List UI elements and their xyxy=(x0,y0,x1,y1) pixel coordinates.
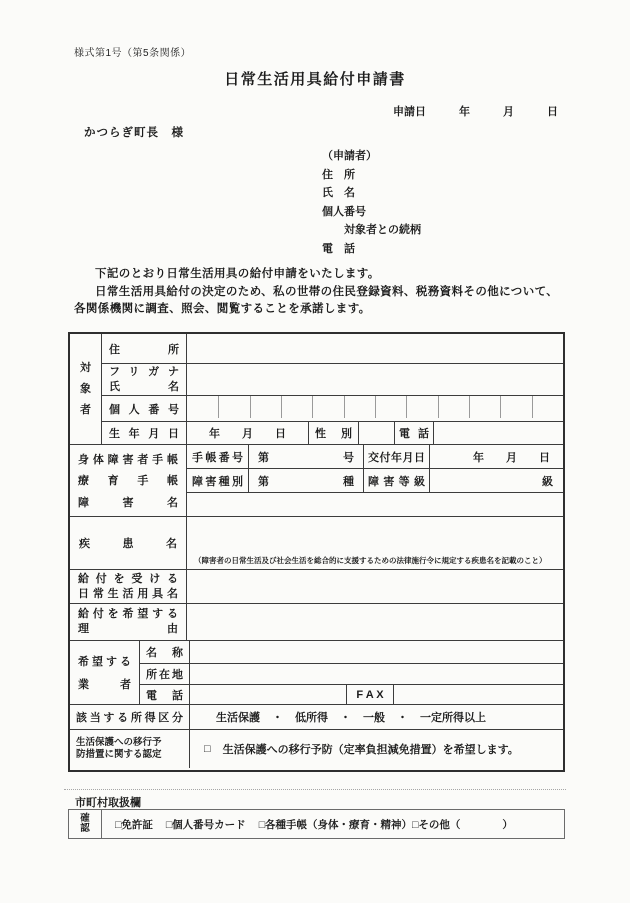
table-row: 生年月日 年 月 日 性 別 電話 xyxy=(102,422,563,444)
income-option-ippan[interactable]: 一般 xyxy=(363,709,385,725)
handbook-group-label-line2: 療育手帳 xyxy=(78,472,178,488)
handbook-group-label: 身体障害者手帳 療育手帳 障 害 名 xyxy=(70,445,187,516)
disease-section: 疾 患 名 （障害者の日常生活及び社会生活を総合的に支援するための法律施行令に規… xyxy=(70,517,563,570)
confirm-checkbox-list: □免許証 □個人番号カード □各種手帳（身体・療育・精神） □その他（ ） xyxy=(102,810,564,838)
subject-individual-number-label: 個人番号 xyxy=(102,396,187,421)
handbook-grade-value[interactable]: 級 xyxy=(430,469,563,492)
individual-number-digit-cell[interactable] xyxy=(375,396,406,421)
individual-number-digit-cell[interactable] xyxy=(218,396,249,421)
section-divider xyxy=(64,789,566,790)
individual-number-digit-cell[interactable] xyxy=(500,396,531,421)
income-option-seikatsuhogo[interactable]: 生活保護 xyxy=(216,709,260,725)
welfare-value: □ 生活保護への移行予防（定率負担減免措置）を希望します。 xyxy=(190,730,563,768)
vendor-fax-label: F A X xyxy=(347,685,394,704)
subject-address-value[interactable] xyxy=(187,334,563,363)
reason-label-line2: 理 由 xyxy=(78,622,178,637)
handbook-number-value[interactable]: 第 号 xyxy=(249,445,364,468)
income-option-itteishotoku[interactable]: 一定所得以上 xyxy=(420,709,486,725)
income-options: 生活保護 ・ 低所得 ・ 一般 ・ 一定所得以上 xyxy=(190,705,563,729)
vendor-phone-label: 電 話 xyxy=(140,685,190,704)
income-option-separator: ・ xyxy=(397,709,408,725)
vendor-group-label-line1: 希望する xyxy=(78,653,131,669)
application-table: 対 象 者 住 所 フリガナ 氏 名 個人番号 xyxy=(68,332,565,772)
confirm-label: 確 認 xyxy=(69,810,102,838)
subject-phone-label-text: 電話 xyxy=(399,425,429,441)
subject-sex-value[interactable] xyxy=(359,422,395,444)
table-row: 障害種別 第 種 障害等級 級 xyxy=(187,469,563,493)
vendor-name-label-text: 名 称 xyxy=(146,644,183,660)
subject-address-label: 住 所 xyxy=(102,334,187,363)
subject-individual-number-label-text: 個人番号 xyxy=(109,401,179,417)
vendor-name-label: 名 称 xyxy=(140,641,190,663)
welfare-checkbox[interactable]: □ xyxy=(204,743,211,755)
handbook-type-prefix: 第 xyxy=(258,473,269,489)
subject-furigana-name-value[interactable] xyxy=(187,364,563,395)
table-row: 名 称 xyxy=(140,641,563,664)
handbook-number-suffix: 号 xyxy=(343,449,354,465)
welfare-label: 生活保護への移行予 防措置に関する認定 xyxy=(70,730,190,768)
applicant-heading: （申請者） xyxy=(322,147,421,166)
subject-birthdate-label: 生年月日 xyxy=(102,422,187,444)
equipment-label-line1: 給付を受ける xyxy=(78,572,178,587)
subject-furigana-label-text: フリガナ xyxy=(109,365,179,380)
applicant-phone-label[interactable]: 電 話 xyxy=(322,240,421,259)
checkbox-other[interactable]: □その他（ ） xyxy=(412,817,513,832)
vendor-location-label: 所在地 xyxy=(140,664,190,684)
handbook-issue-date-value[interactable]: 年 月 日 xyxy=(430,445,563,468)
table-row: 電 話 F A X xyxy=(140,685,563,704)
handbook-group-label-line1: 身体障害者手帳 xyxy=(78,451,178,467)
handbook-issue-date-label: 交付年月日 xyxy=(364,445,430,468)
handbook-number-prefix: 第 xyxy=(258,449,269,465)
applicant-name-label[interactable]: 氏 名 xyxy=(322,184,421,203)
individual-number-digit-cell[interactable] xyxy=(187,396,218,421)
welfare-section: 生活保護への移行予 防措置に関する認定 □ 生活保護への移行予防（定率負担減免措… xyxy=(70,730,563,768)
table-row: 個人番号 xyxy=(102,396,563,422)
disease-name-label-text: 疾 患 名 xyxy=(79,535,177,551)
welfare-text: 生活保護への移行予防（定率負担減免措置）を希望します。 xyxy=(223,741,519,757)
checkbox-handbooks[interactable]: □各種手帳（身体・療育・精神） xyxy=(259,817,412,832)
individual-number-digit-cell[interactable] xyxy=(312,396,343,421)
vendor-fax-value[interactable] xyxy=(394,685,563,704)
income-option-separator: ・ xyxy=(272,709,283,725)
handbook-number-label: 手帳番号 xyxy=(187,445,249,468)
disease-name-label: 疾 患 名 xyxy=(70,517,187,569)
applicant-relationship-label[interactable]: 対象者との続柄 xyxy=(322,221,421,240)
checkbox-individual-number-card[interactable]: □個人番号カード xyxy=(166,817,246,832)
subject-address-label-text: 住 所 xyxy=(109,341,179,357)
income-label: 該当する所得区分 xyxy=(70,705,190,729)
equipment-section: 給付を受ける 日常生活用具名 xyxy=(70,570,563,604)
income-option-separator: ・ xyxy=(340,709,351,725)
addressee: かつらぎ町長 様 xyxy=(84,124,184,140)
subject-sex-label: 性 別 xyxy=(309,422,359,444)
declaration-paragraph-1: 下記のとおり日常生活用具の給付申請をいたします。 xyxy=(74,266,566,284)
subject-phone-label: 電話 xyxy=(395,422,434,444)
individual-number-digit-cell[interactable] xyxy=(469,396,500,421)
handbook-group-label-line3: 障 害 名 xyxy=(78,494,178,510)
reason-value[interactable] xyxy=(187,604,563,640)
handbook-type-label: 障害種別 xyxy=(187,469,249,492)
subject-sex-label-text: 性 別 xyxy=(315,425,352,441)
handbook-section: 身体障害者手帳 療育手帳 障 害 名 手帳番号 第 号 交付年月日 年 月 日 … xyxy=(70,445,563,517)
individual-number-grid xyxy=(187,396,563,421)
welfare-label-line1: 生活保護への移行予 xyxy=(76,737,183,750)
individual-number-digit-cell[interactable] xyxy=(406,396,437,421)
subject-birthdate-value[interactable]: 年 月 日 xyxy=(187,422,309,444)
equipment-value[interactable] xyxy=(187,570,563,603)
vendor-group-label-line2: 業 者 xyxy=(78,676,131,692)
vendor-phone-value[interactable] xyxy=(190,685,347,704)
income-option-teishotoku[interactable]: 低所得 xyxy=(295,709,328,725)
checkbox-license[interactable]: □免許証 xyxy=(115,817,153,832)
individual-number-digit-cell[interactable] xyxy=(344,396,375,421)
form-number: 様式第1号（第5条関係） xyxy=(74,44,191,59)
individual-number-digit-cell[interactable] xyxy=(281,396,312,421)
handbook-number-label-text: 手帳番号 xyxy=(192,449,243,465)
subject-phone-value[interactable] xyxy=(434,422,563,444)
subject-section: 対 象 者 住 所 フリガナ 氏 名 個人番号 xyxy=(70,334,563,445)
subject-group-label: 対 象 者 xyxy=(70,334,102,444)
table-row: 所在地 xyxy=(140,664,563,685)
individual-number-digit-cell[interactable] xyxy=(532,396,563,421)
page-title: 日常生活用具給付申請書 xyxy=(0,68,630,89)
table-row: 手帳番号 第 号 交付年月日 年 月 日 xyxy=(187,445,563,469)
subject-birthdate-label-text: 生年月日 xyxy=(109,425,179,441)
handbook-type-value[interactable]: 第 種 xyxy=(249,469,364,492)
municipal-section-label: 市町村取扱欄 xyxy=(75,794,141,810)
reason-label: 給付を希望する 理 由 xyxy=(70,604,187,640)
vendor-location-label-text: 所在地 xyxy=(146,666,183,682)
welfare-label-line2: 防措置に関する認定 xyxy=(76,749,183,762)
application-date-line[interactable]: 申請日 年 月 日 xyxy=(393,103,558,119)
individual-number-digit-cell[interactable] xyxy=(250,396,281,421)
handbook-disability-name-value[interactable] xyxy=(187,493,563,516)
application-form-page: 様式第1号（第5条関係） 日常生活用具給付申請書 申請日 年 月 日 かつらぎ町… xyxy=(0,0,630,903)
income-label-text: 該当する所得区分 xyxy=(76,709,183,725)
subject-furigana-name-label: フリガナ 氏 名 xyxy=(102,364,187,395)
handbook-grade-label: 障害等級 xyxy=(364,469,430,492)
handbook-grade-label-text: 障害等級 xyxy=(368,473,425,489)
municipal-confirm-table: 確 認 □免許証 □個人番号カード □各種手帳（身体・療育・精神） □その他（ … xyxy=(68,809,565,839)
declaration-paragraph-2: 日常生活用具給付の決定のため、私の世帯の住民登録資料、税務資料その他について、各… xyxy=(74,284,566,319)
vendor-name-value[interactable] xyxy=(190,641,563,663)
individual-number-digit-cell[interactable] xyxy=(438,396,469,421)
reason-label-line1: 給付を希望する xyxy=(78,607,178,622)
declaration-text: 下記のとおり日常生活用具の給付申請をいたします。 日常生活用具給付の決定のため、… xyxy=(74,266,566,319)
applicant-block: （申請者） 住 所 氏 名 個人番号 対象者との続柄 電 話 xyxy=(322,147,421,258)
equipment-label-line2: 日常生活用具名 xyxy=(78,587,178,602)
table-row: フリガナ 氏 名 xyxy=(102,364,563,396)
disease-note: （障害者の日常生活及び社会生活を総合的に支援するための法律施行令に規定する疾患名… xyxy=(194,555,559,566)
vendor-section: 希望する 業 者 名 称 所在地 電 話 F A X xyxy=(70,641,563,705)
handbook-issue-date-label-text: 交付年月日 xyxy=(368,449,425,465)
vendor-group-label: 希望する 業 者 xyxy=(70,641,140,704)
subject-name-label-text: 氏 名 xyxy=(109,380,179,395)
handbook-type-suffix: 種 xyxy=(343,473,354,489)
table-row: 住 所 xyxy=(102,334,563,364)
handbook-type-label-text: 障害種別 xyxy=(192,473,243,489)
applicant-individual-number-label[interactable]: 個人番号 xyxy=(322,203,421,222)
applicant-address-label[interactable]: 住 所 xyxy=(322,166,421,185)
reason-section: 給付を希望する 理 由 xyxy=(70,604,563,641)
vendor-phone-label-text: 電 話 xyxy=(146,687,183,703)
vendor-location-value[interactable] xyxy=(190,664,563,684)
disease-name-value[interactable]: （障害者の日常生活及び社会生活を総合的に支援するための法律施行令に規定する疾患名… xyxy=(187,517,563,569)
equipment-label: 給付を受ける 日常生活用具名 xyxy=(70,570,187,603)
income-section: 該当する所得区分 生活保護 ・ 低所得 ・ 一般 ・ 一定所得以上 xyxy=(70,705,563,730)
